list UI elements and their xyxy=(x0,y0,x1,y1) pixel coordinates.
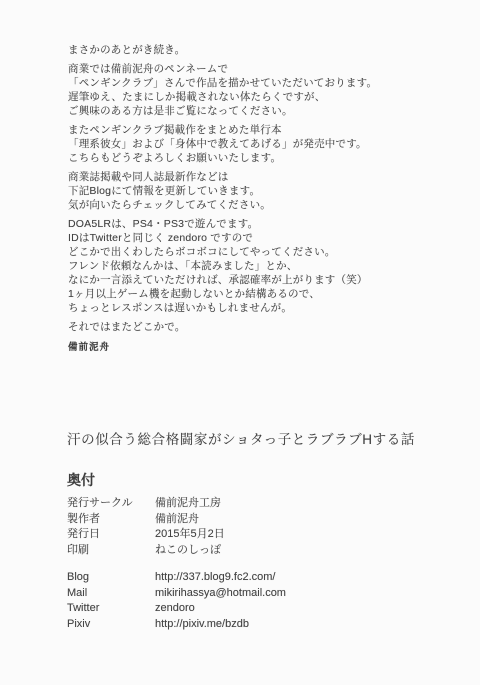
colophon-value: 備前泥舟 xyxy=(155,512,199,528)
afterword-paragraph-6: それではまたどこかで。 xyxy=(68,320,438,334)
contact-table: Bloghttp://337.blog9.fc2.com/ Mailmikiri… xyxy=(67,570,286,632)
contact-value-pixiv-url: http://pixiv.me/bzdb xyxy=(155,617,249,633)
contact-row-twitter: Twitterzendoro xyxy=(67,601,286,617)
colophon-row-circle: 発行サークル備前泥舟工房 xyxy=(67,496,225,512)
colophon-heading: 奥付 xyxy=(67,470,95,490)
colophon-label: 発行サークル xyxy=(67,496,155,512)
afterword-paragraph-1: まさかのあとがき続き。 xyxy=(68,43,438,57)
book-title: 汗の似合う総合格闘家がショタっ子とラブラブHする話 xyxy=(67,428,415,448)
colophon-value: 備前泥舟工房 xyxy=(155,496,221,512)
colophon-value: ねこのしっぽ xyxy=(155,543,221,559)
afterword-paragraph-5: DOA5LRは、PS4・PS3で遊んでます。 IDはTwitterと同じく ze… xyxy=(68,217,438,315)
contact-label: Pixiv xyxy=(67,617,155,633)
afterword-paragraph-2: 商業では備前泥舟のペンネームで 「ペンギンクラブ」さんで作品を描かせていただいて… xyxy=(68,62,438,118)
colophon-row-date: 発行日2015年5月2日 xyxy=(67,527,225,543)
author-signature: 備前泥舟 xyxy=(68,341,438,355)
afterword-paragraph-3: またペンギンクラブ掲載作をまとめた単行本 「理系彼女」および「身体中で教えてあげ… xyxy=(68,123,438,165)
colophon-row-printer: 印刷ねこのしっぽ xyxy=(67,543,225,559)
colophon-label: 印刷 xyxy=(67,543,155,559)
colophon-label: 発行日 xyxy=(67,527,155,543)
contact-row-pixiv: Pixivhttp://pixiv.me/bzdb xyxy=(67,617,286,633)
contact-value-mail-address: mikirihassya@hotmail.com xyxy=(155,586,286,602)
contact-row-blog: Bloghttp://337.blog9.fc2.com/ xyxy=(67,570,286,586)
colophon-row-author: 製作者備前泥舟 xyxy=(67,512,225,528)
colophon-value: 2015年5月2日 xyxy=(155,527,225,543)
contact-label: Blog xyxy=(67,570,155,586)
contact-label: Twitter xyxy=(67,601,155,617)
afterword-paragraph-4: 商業誌掲載や同人誌最新作などは 下記Blogにて情報を更新していきます。 気が向… xyxy=(68,170,438,212)
contact-value-twitter-id: zendoro xyxy=(155,601,195,617)
scanned-page: まさかのあとがき続き。 商業では備前泥舟のペンネームで 「ペンギンクラブ」さんで… xyxy=(0,0,480,685)
colophon-label: 製作者 xyxy=(67,512,155,528)
contact-row-mail: Mailmikirihassya@hotmail.com xyxy=(67,586,286,602)
contact-label: Mail xyxy=(67,586,155,602)
contact-value-blog-url: http://337.blog9.fc2.com/ xyxy=(155,570,275,586)
colophon-table: 発行サークル備前泥舟工房 製作者備前泥舟 発行日2015年5月2日 印刷ねこのし… xyxy=(67,496,225,558)
afterword-section: まさかのあとがき続き。 商業では備前泥舟のペンネームで 「ペンギンクラブ」さんで… xyxy=(68,43,438,355)
